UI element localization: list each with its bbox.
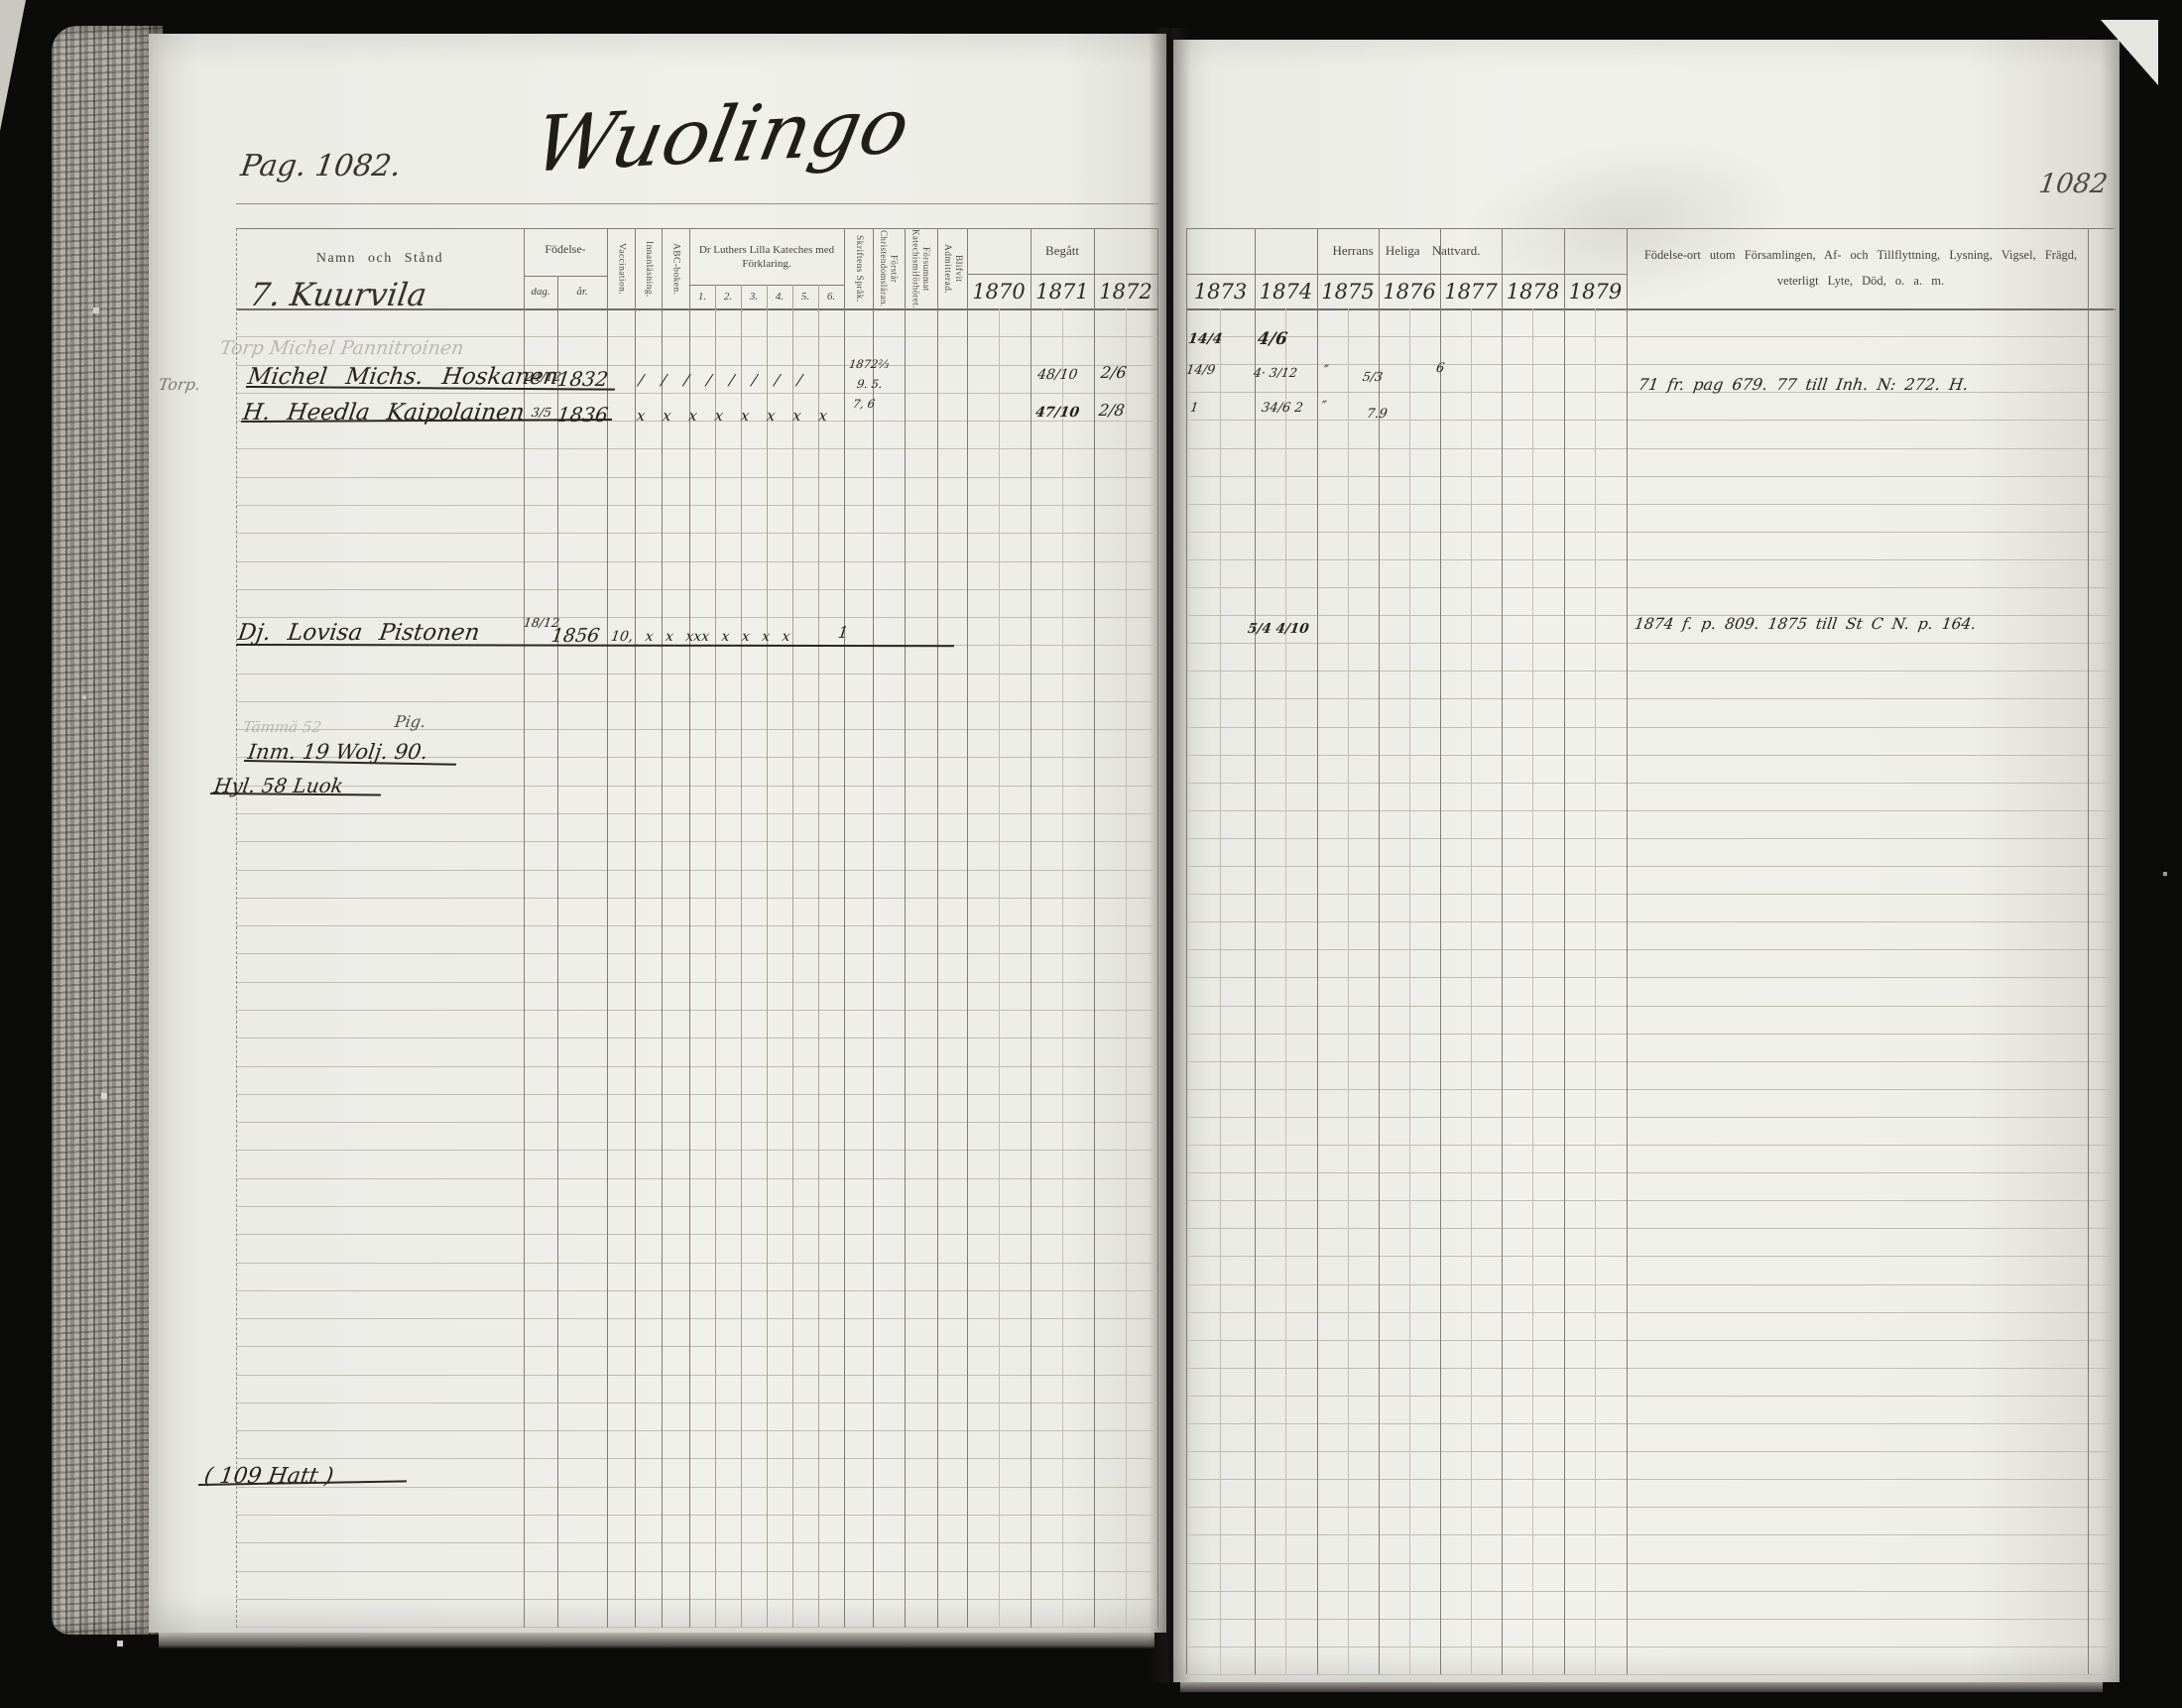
header-name-column: Namn och Stånd: [236, 244, 524, 274]
grid-line: [2088, 228, 2089, 1674]
grid-line: [236, 1094, 1158, 1095]
grid-line: [1186, 1591, 2116, 1592]
grid-line: [1186, 1145, 2116, 1146]
grid-line: [767, 285, 768, 1628]
entry-mark-1871: 48/10: [1036, 367, 1079, 383]
grid-line: [1186, 1563, 2116, 1564]
grid-line: [1440, 228, 1441, 1674]
grid-line: [662, 228, 663, 1628]
grid-line: [236, 1403, 1158, 1403]
grid-line: [1186, 1396, 2116, 1397]
grid-line: [715, 285, 716, 1628]
grid-line: [1348, 308, 1349, 1674]
header-birth-group: Födelse-: [524, 234, 607, 264]
entry-catechism-marks: 10, x x xxx x x x x: [610, 629, 791, 645]
grid-line: [873, 228, 874, 1628]
header-year-1873: 1873: [1186, 276, 1255, 307]
grid-line: [236, 1487, 1158, 1488]
grid-line: [689, 228, 690, 1628]
grid-line: [607, 228, 608, 1628]
grid-line: [1186, 643, 2116, 644]
grid-line: [1186, 1034, 2116, 1035]
header-birth-year: år.: [557, 280, 607, 304]
grid-line: [1186, 977, 2116, 978]
grid-line: [1186, 1340, 2116, 1341]
scanned-book-photo: Pag. 1082. Wuolingo 1082 Namn och Stånd …: [0, 0, 2182, 1708]
photo-edge-artifact: [0, 0, 26, 131]
grid-line: [1317, 228, 1318, 1674]
grid-line: [1186, 559, 2116, 560]
grid-line: [1186, 1061, 2116, 1062]
grid-line: [236, 982, 1158, 983]
grid-line: [1595, 308, 1596, 1674]
grid-line: [1186, 1006, 2116, 1007]
grid-line: [236, 617, 1158, 618]
grid-line: [236, 533, 1158, 534]
grid-line: [236, 1066, 1158, 1067]
header-catechism-4: 4.: [767, 286, 792, 307]
grid-line: [1186, 838, 2116, 839]
grid-line: [1186, 1619, 2116, 1620]
entry-birth-year: 1856: [549, 625, 600, 647]
grid-line: [1186, 698, 2116, 699]
grid-line: [1220, 308, 1221, 1674]
entry-faint-note: Tämmä 52: [242, 718, 323, 736]
grid-line: [1186, 1117, 2116, 1118]
grid-line: [236, 505, 1158, 506]
grid-line: [937, 228, 938, 1628]
grid-line: [1564, 228, 1565, 1674]
entry-mark-1874: 34/6 2: [1261, 401, 1304, 416]
grid-line: [236, 1010, 1158, 1011]
grid-line: [1186, 755, 2116, 756]
grid-line: [1186, 448, 2116, 449]
entry-mark-1875: 5/3: [1362, 369, 1384, 384]
header-reading: Innanläsning.: [635, 230, 662, 307]
grid-line: [844, 228, 845, 1628]
grid-line: [236, 786, 1158, 787]
grid-line: [236, 701, 1158, 702]
grid-line: [236, 228, 238, 1628]
grid-line: [1094, 228, 1095, 1628]
grid-line: [1186, 894, 2116, 895]
grid-line: [1186, 866, 2116, 867]
grid-line: [1186, 1647, 2116, 1647]
book-page-edges: [52, 26, 163, 1635]
grid-line: [1186, 1312, 2116, 1313]
grid-line: [1186, 1200, 2116, 1201]
grid-line: [236, 1318, 1158, 1319]
grid-line: [1186, 1089, 2116, 1090]
entry-catechism-marks: x x x x x x x x: [636, 407, 829, 425]
header-year-1872: 1872: [1094, 276, 1157, 307]
grid-line: [236, 393, 1158, 394]
grid-line: [1186, 308, 2116, 310]
grid-line: [1186, 671, 2116, 671]
grid-line: [236, 1346, 1158, 1347]
grid-line: [967, 228, 968, 1628]
grid-line: [818, 285, 819, 1628]
grid-line: [1186, 336, 2116, 337]
grid-line: [1157, 228, 1158, 1628]
entry-understands-note: 7, 6: [852, 397, 876, 411]
entry-mark-1874: 4/6: [1257, 329, 1289, 349]
grid-line: [236, 1122, 1158, 1123]
grid-line: [1186, 810, 2116, 811]
grid-line: [236, 925, 1158, 926]
grid-line: [1627, 228, 1628, 1674]
grid-line: [1186, 783, 2116, 784]
grid-line: [1030, 228, 1031, 1628]
header-catechism-group: Dr Luthers Lilla Kateches med Förklaring…: [691, 231, 842, 283]
grid-line: [236, 1430, 1158, 1431]
grid-line: [524, 228, 525, 1628]
grid-line: [1062, 308, 1063, 1628]
grid-line: [792, 285, 793, 1628]
entry-mark-1872: 2/8: [1098, 401, 1126, 420]
header-year-1875: 1875: [1317, 276, 1379, 307]
grid-line: [236, 1627, 1158, 1628]
grid-line: [1409, 308, 1410, 1674]
grid-line: [1186, 1256, 2116, 1257]
grid-line: [1186, 1479, 2116, 1480]
header-begatt-group: Begått: [967, 238, 1157, 264]
header-catechism-2: 2.: [715, 286, 741, 307]
grid-line: [2114, 228, 2115, 1674]
dust-specks: [0, 0, 2, 2]
grid-line: [236, 673, 1158, 674]
grid-line: [236, 1375, 1158, 1376]
entry-mark-1875: 7.9: [1366, 407, 1389, 422]
grid-line: [1186, 1368, 2116, 1369]
entry-note: 71 fr. pag 679. 77 till Inh. N: 272. H.: [1637, 375, 1970, 394]
grid-line: [1285, 308, 1286, 1674]
grid-line: [1532, 308, 1533, 1674]
grid-line: [1186, 504, 2116, 505]
grid-line: [1186, 274, 1627, 275]
entry-pencil-name: Torp Michel Pannitroinen: [218, 337, 465, 359]
grid-line: [236, 1542, 1158, 1543]
grid-line: [236, 1290, 1158, 1291]
grid-line: [905, 228, 906, 1628]
entry-catechism-marks: / / / / / / / /: [638, 371, 803, 389]
entry-mark-1874: 4· 3/12: [1253, 365, 1298, 380]
grid-line: [236, 1037, 1158, 1038]
header-year-1870: 1870: [967, 276, 1030, 307]
grid-line: [1186, 420, 2116, 421]
grid-line: [236, 813, 1158, 814]
header-year-1871: 1871: [1030, 276, 1094, 307]
grid-line: [236, 561, 1158, 562]
header-catechism-1: 1.: [689, 286, 715, 307]
grid-line: [1186, 949, 2116, 950]
entry-birth-year: 1832: [555, 367, 609, 391]
grid-line: [236, 1150, 1158, 1151]
left-page-label: Pag. 1082.: [239, 149, 404, 183]
grid-line: [1186, 1284, 2116, 1285]
header-understands: Förstår Christendomsläran.: [873, 230, 905, 307]
entry-mark-1873: 14/4: [1187, 331, 1224, 347]
grid-line: [236, 589, 1158, 590]
grid-line: [967, 274, 1158, 275]
header-script-language: Skriftens Språk.: [844, 230, 873, 307]
header-neglected: Försummat Katechismiförhöret.: [905, 230, 937, 307]
grid-line: [1186, 228, 2116, 229]
header-vaccination: Vaccination.: [607, 230, 635, 307]
entry-status-note: Pig.: [394, 712, 427, 731]
grid-line: [524, 276, 607, 277]
grid-line: [236, 1571, 1158, 1572]
grid-line: [236, 898, 1158, 899]
header-abc-book: ABC-boken.: [662, 230, 689, 307]
grid-line: [1186, 727, 2116, 728]
grid-line: [236, 953, 1158, 954]
grid-line: [1255, 228, 1256, 1674]
grid-line: [236, 729, 1158, 730]
grid-line: [999, 308, 1000, 1628]
grid-line: [557, 276, 558, 1628]
grid-line: [236, 1599, 1158, 1600]
header-year-1876: 1876: [1379, 276, 1440, 307]
header-catechism-5: 5.: [792, 286, 818, 307]
header-catechism-6: 6.: [818, 286, 844, 307]
grid-line: [236, 870, 1158, 871]
entry-mark-1874: 5/4 4/10: [1247, 621, 1310, 637]
grid-line: [236, 448, 1158, 449]
header-notes-column: Födelse-ort utom Församlingen, Af- och T…: [1642, 236, 2079, 300]
header-year-1877: 1877: [1440, 276, 1502, 307]
grid-line: [1186, 228, 1187, 1674]
grid-line: [1186, 1674, 2116, 1675]
header-nattvard-group: Herrans Heliga Nattvard.: [1186, 238, 1627, 264]
header-admitted: Blifvit Admitterad.: [937, 230, 967, 307]
grid-line: [1186, 476, 2116, 477]
grid-line: [236, 1458, 1158, 1459]
header-catechism-3: 3.: [741, 286, 767, 307]
grid-line: [1186, 1423, 2116, 1424]
grid-line: [236, 1206, 1158, 1207]
grid-line: [1126, 308, 1127, 1628]
grid-line: [236, 1234, 1158, 1235]
grid-line: [1186, 532, 2116, 533]
right-page-number: 1082: [2037, 169, 2110, 199]
grid-line: [236, 1515, 1158, 1516]
grid-line: [1186, 1172, 2116, 1173]
grid-line: [1186, 1228, 2116, 1229]
grid-line: [1502, 228, 1503, 1674]
grid-line: [1186, 921, 2116, 922]
grid-line: [1186, 587, 2116, 588]
grid-line: [1471, 308, 1472, 1674]
left-page-bottom-edge: [159, 1633, 1154, 1648]
grid-line: [1379, 228, 1380, 1674]
grid-line: [236, 1178, 1158, 1179]
entry-margin-status: Torp.: [158, 375, 202, 394]
entry-mark-1871: 47/10: [1034, 405, 1080, 421]
grid-line: [741, 285, 742, 1628]
entry-birth-year: 1836: [555, 403, 609, 427]
entry-mark-1873: 14/9: [1185, 363, 1216, 378]
entry-name: Dj. Lovisa Pistonen: [236, 620, 481, 646]
grid-line: [236, 841, 1158, 842]
header-birth-day: dag.: [524, 280, 557, 304]
grid-line: [236, 203, 1158, 204]
header-year-1874: 1874: [1255, 276, 1317, 307]
grid-line: [1186, 1507, 2116, 1508]
header-year-1878: 1878: [1502, 276, 1564, 307]
entry-mark-1872: 2/6: [1100, 363, 1128, 382]
header-year-1879: 1879: [1564, 276, 1627, 307]
entry-birth-day: 3/5: [531, 405, 552, 420]
grid-line: [236, 228, 1158, 229]
entry-understands-note: 9. 5.: [856, 377, 884, 391]
village-name: 7. Kuurvila: [247, 276, 428, 313]
grid-line: [1186, 1534, 2116, 1535]
grid-line: [635, 228, 636, 1628]
entry-note: 1874 f. p. 809. 1875 till St C N. p. 164…: [1634, 615, 1978, 633]
grid-line: [1186, 1451, 2116, 1452]
grid-line: [236, 477, 1158, 478]
grid-line: [236, 1263, 1158, 1264]
entry-understands-note: 1872⅔: [848, 357, 890, 371]
